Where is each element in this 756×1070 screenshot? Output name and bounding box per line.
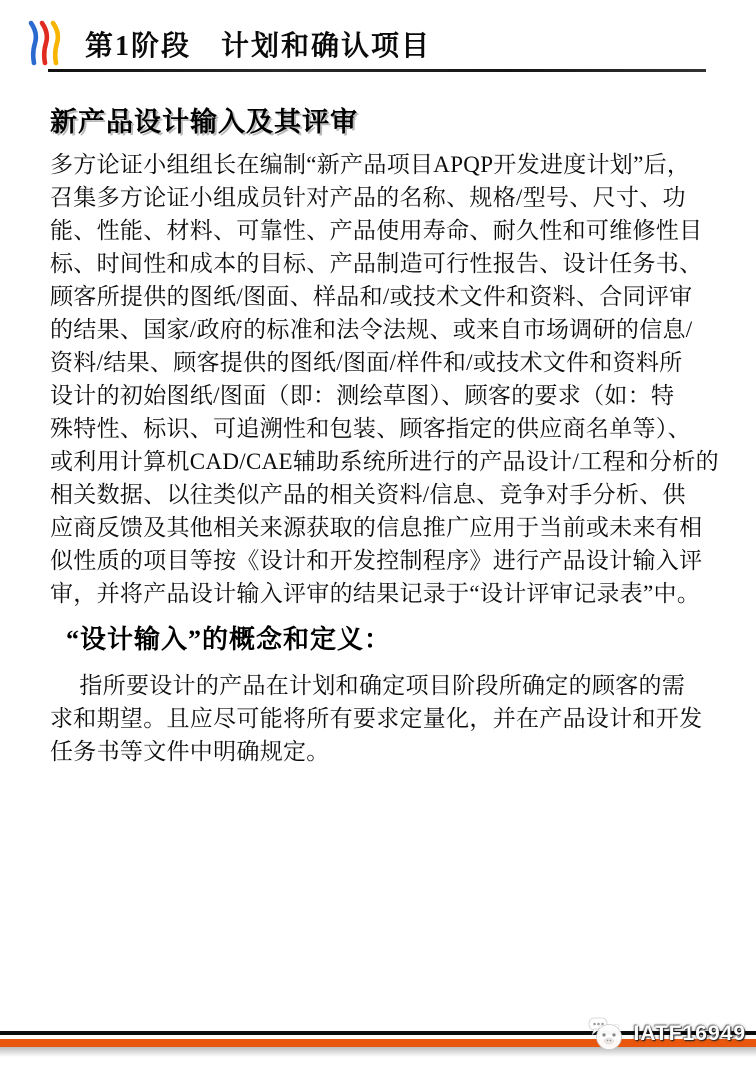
- slide-header: 第1阶段 计划和确认项目: [0, 0, 756, 72]
- slide-page: 第1阶段 计划和确认项目 新产品设计输入及其评审 多方论证小组组长在编制“新产品…: [0, 0, 756, 1070]
- definition-paragraph: 指所要设计的产品在计划和确定项目阶段所确定的顾客的需 求和期望。且应尽可能将所有…: [50, 669, 750, 768]
- watermark-text: IATF16949: [634, 1022, 747, 1046]
- page-title: 第1阶段 计划和确认项目: [85, 24, 431, 64]
- watermark: IATF16949: [587, 1016, 747, 1052]
- mascot-chat-icon: [587, 1016, 631, 1052]
- subsection-heading: “设计输入”的概念和定义：: [66, 619, 391, 656]
- header-divider: [48, 69, 706, 72]
- triple-chevron-icon: [27, 20, 63, 66]
- section-heading: 新产品设计输入及其评审: [50, 100, 358, 139]
- design-input-paragraph: 多方论证小组组长在编制“新产品项目APQP开发进度计划”后， 召集多方论证小组成…: [50, 148, 750, 610]
